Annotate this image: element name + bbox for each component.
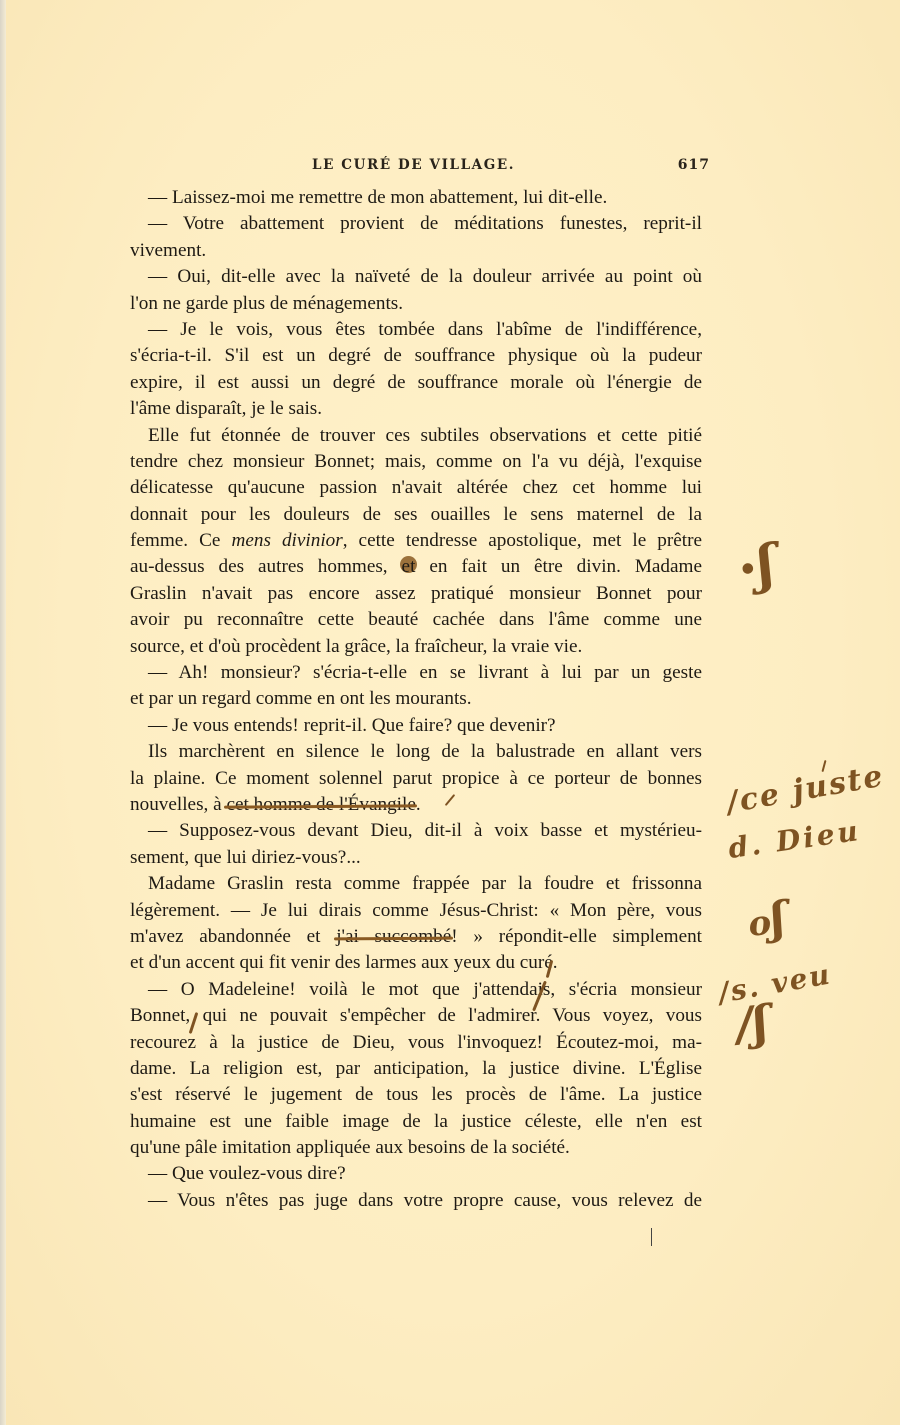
text-line: s'écria-t-il. S'il est un degré de souff… xyxy=(130,343,702,369)
text-line: femme. Ce mens divinior, cette tendresse… xyxy=(130,528,702,554)
text-line: — Ah! monsieur? s'écria-t-elle en se liv… xyxy=(130,660,702,686)
margin-annotation-correction-2: d. Dieu xyxy=(727,817,863,863)
text-line: l'âme disparaît, je le sais. xyxy=(130,396,702,422)
text-segment: ! » répondit-elle simplement xyxy=(451,926,702,947)
ink-blot-correction: et xyxy=(402,554,416,580)
margin-annotation-deletion-1: •ʃ xyxy=(735,538,778,595)
text-segment: en fait un être divin. Madame xyxy=(415,556,702,577)
struck-through-text: cet homme de l'Évangile xyxy=(226,794,415,815)
text-line: s'est réservé le jugement de tous les pr… xyxy=(130,1082,702,1108)
text-line: expire, il est aussi un degré de souffra… xyxy=(130,370,702,396)
margin-annotation-deletion-2: oʃ xyxy=(746,896,788,944)
text-line: au-dessus des autres hommes, et en fait … xyxy=(130,554,702,580)
blotted-word: et xyxy=(402,556,416,577)
text-line: qu'une pâle imitation appliquée aux beso… xyxy=(130,1135,702,1161)
margin-rule xyxy=(651,1228,652,1246)
annotation-text: d. Dieu xyxy=(726,814,862,865)
text-line: nouvelles, à cet homme de l'Évangile. xyxy=(130,792,702,818)
text-line: — Je le vois, vous êtes tombée dans l'ab… xyxy=(130,317,702,343)
text-line: l'on ne garde plus de ménagements. xyxy=(130,291,702,317)
book-page: LE CURÉ DE VILLAGE. 617 — Laissez-moi me… xyxy=(0,0,900,1425)
text-line: tendre chez monsieur Bonnet; mais, comme… xyxy=(130,449,702,475)
text-line: — Oui, dit-elle avec la naïveté de la do… xyxy=(130,264,702,290)
text-line: donnait pour les douleurs de ses ouaille… xyxy=(130,502,702,528)
text-line: dame. La religion est, par anticipation,… xyxy=(130,1056,702,1082)
text-line: recourez à la justice de Dieu, vous l'in… xyxy=(130,1030,702,1056)
running-title: LE CURÉ DE VILLAGE. xyxy=(312,157,515,173)
text-line: — Laissez-moi me remettre de mon abattem… xyxy=(130,185,702,211)
text-line: avoir pu reconnaître cette beauté cachée… xyxy=(130,607,702,633)
text-line: — O Madeleine! voilà le mot que j'attend… xyxy=(130,977,702,1003)
struck-through-text: j'ai succombé xyxy=(336,926,451,947)
margin-annotation-deletion-3: /ʃ xyxy=(734,998,771,1047)
text-line: — Que voulez-vous dire? xyxy=(130,1161,702,1187)
text-line: source, et d'où procèdent la grâce, la f… xyxy=(130,634,702,660)
margin-annotation-correction-1: /ce juste xyxy=(725,761,887,818)
text-line: et d'un accent qui fit venir des larmes … xyxy=(130,950,702,976)
text-line: — Votre abattement provient de méditatio… xyxy=(130,211,702,237)
text-line: Graslin n'avait pas encore assez pratiqu… xyxy=(130,581,702,607)
text-line: — Je vous entends! reprit-il. Que faire?… xyxy=(130,713,702,739)
text-segment: , cette tendresse apostolique, met le pr… xyxy=(343,530,702,551)
body-text: — Laissez-moi me remettre de mon abattem… xyxy=(130,185,702,1214)
page-number: 617 xyxy=(678,157,710,173)
running-header: LE CURÉ DE VILLAGE. 617 xyxy=(312,157,710,183)
italic-phrase: mens divinior xyxy=(231,530,342,551)
text-segment: nouvelles, à xyxy=(130,794,226,815)
text-line: Madame Graslin resta comme frappée par l… xyxy=(130,871,702,897)
text-line: la plaine. Ce moment solennel parut prop… xyxy=(130,766,702,792)
text-line: légèrement. — Je lui dirais comme Jésus-… xyxy=(130,898,702,924)
text-line: délicatesse qu'aucune passion n'avait al… xyxy=(130,475,702,501)
text-line: — Supposez-vous devant Dieu, dit-il à vo… xyxy=(130,818,702,844)
text-segment: femme. Ce xyxy=(130,530,231,551)
text-line: sement, que lui diriez-vous?... xyxy=(130,845,702,871)
text-line: m'avez abandonnée et j'ai succombé! » ré… xyxy=(130,924,702,950)
text-line: — Vous n'êtes pas juge dans votre propre… xyxy=(130,1188,702,1214)
text-line: et par un regard comme en ont les mouran… xyxy=(130,686,702,712)
annotation-text: /ce juste xyxy=(724,758,887,820)
text-line: Ils marchèrent en silence le long de la … xyxy=(130,739,702,765)
text-line: humaine est une faible image de la justi… xyxy=(130,1109,702,1135)
text-line: Bonnet, qui ne pouvait s'empêcher de l'a… xyxy=(130,1003,702,1029)
text-line: Elle fut étonnée de trouver ces subtiles… xyxy=(130,423,702,449)
text-segment: au-dessus des autres hommes, xyxy=(130,556,402,577)
text-line: vivement. xyxy=(130,238,702,264)
text-segment: m'avez abandonnée et xyxy=(130,926,336,947)
page-edge xyxy=(0,0,6,1425)
